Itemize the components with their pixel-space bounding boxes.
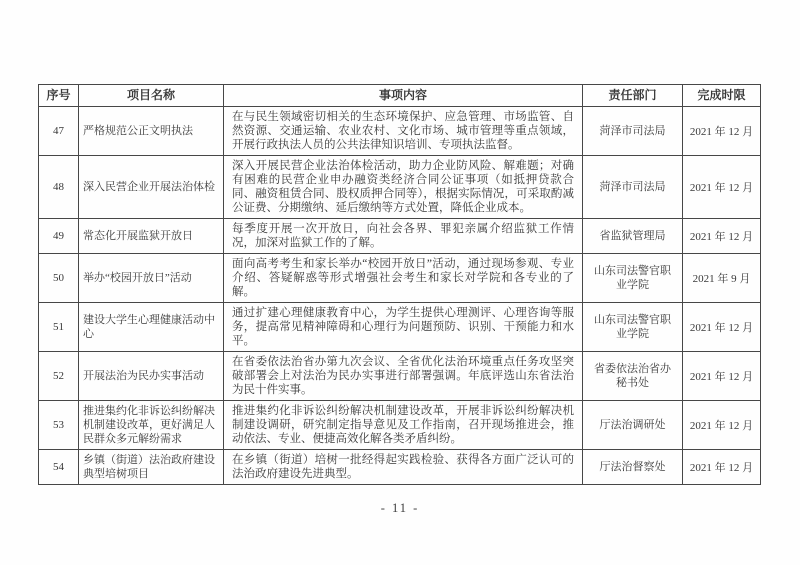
cell-item-content: 在与民生领域密切相关的生态环境保护、应急管理、市场监管、自然资源、交通运输、农业… <box>224 107 583 156</box>
cell-completion-deadline: 2021 年 12 月 <box>683 156 761 219</box>
cell-serial-number: 52 <box>39 352 79 401</box>
table-row: 53 推进集约化非诉讼纠纷解决机制建设改革，更好满足人民群众多元解纷需求 推进集… <box>39 401 761 450</box>
cell-project-name: 开展法治为民办实事活动 <box>79 352 224 401</box>
cell-responsible-department: 省监狱管理局 <box>583 219 683 254</box>
cell-responsible-department: 厅法治调研处 <box>583 401 683 450</box>
table-row: 54 乡镇（街道）法治政府建设典型培树项目 在乡镇（街道）培树一批经得起实践检验… <box>39 450 761 485</box>
cell-completion-deadline: 2021 年 12 月 <box>683 450 761 485</box>
page-number: - 11 - <box>0 501 800 516</box>
cell-responsible-department: 山东司法警官职业学院 <box>583 254 683 303</box>
table-row: 49 常态化开展监狱开放日 每季度开展一次开放日，向社会各界、罪犯亲属介绍监狱工… <box>39 219 761 254</box>
cell-responsible-department: 山东司法警官职业学院 <box>583 303 683 352</box>
header-responsible-department: 责任部门 <box>583 85 683 107</box>
cell-project-name: 深入民营企业开展法治体检 <box>79 156 224 219</box>
cell-project-name: 举办“校园开放日”活动 <box>79 254 224 303</box>
cell-serial-number: 48 <box>39 156 79 219</box>
cell-responsible-department: 菏泽市司法局 <box>583 156 683 219</box>
cell-completion-deadline: 2021 年 12 月 <box>683 303 761 352</box>
cell-project-name: 严格规范公正文明执法 <box>79 107 224 156</box>
cell-responsible-department: 厅法治督察处 <box>583 450 683 485</box>
document-page: 序号 项目名称 事项内容 责任部门 完成时限 47 严格规范公正文明执法 在与民… <box>0 0 800 565</box>
cell-item-content: 深入开展民营企业法治体检活动，助力企业防风险、解难题；对确有困难的民营企业申办融… <box>224 156 583 219</box>
table-row: 47 严格规范公正文明执法 在与民生领域密切相关的生态环境保护、应急管理、市场监… <box>39 107 761 156</box>
cell-completion-deadline: 2021 年 12 月 <box>683 219 761 254</box>
cell-project-name: 乡镇（街道）法治政府建设典型培树项目 <box>79 450 224 485</box>
cell-project-name: 建设大学生心理健康活动中心 <box>79 303 224 352</box>
projects-table: 序号 项目名称 事项内容 责任部门 完成时限 47 严格规范公正文明执法 在与民… <box>38 84 761 485</box>
cell-serial-number: 49 <box>39 219 79 254</box>
table-header-row: 序号 项目名称 事项内容 责任部门 完成时限 <box>39 85 761 107</box>
cell-item-content: 通过扩建心理健康教育中心，为学生提供心理测评、心理咨询等服务，提高常见精神障碍和… <box>224 303 583 352</box>
cell-item-content: 每季度开展一次开放日，向社会各界、罪犯亲属介绍监狱工作情况，加深对监狱工作的了解… <box>224 219 583 254</box>
header-project-name: 项目名称 <box>79 85 224 107</box>
cell-completion-deadline: 2021 年 12 月 <box>683 107 761 156</box>
table-row: 48 深入民营企业开展法治体检 深入开展民营企业法治体检活动，助力企业防风险、解… <box>39 156 761 219</box>
cell-completion-deadline: 2021 年 12 月 <box>683 352 761 401</box>
table-row: 50 举办“校园开放日”活动 面向高考考生和家长举办“校园开放日”活动，通过现场… <box>39 254 761 303</box>
cell-serial-number: 54 <box>39 450 79 485</box>
table-row: 51 建设大学生心理健康活动中心 通过扩建心理健康教育中心，为学生提供心理测评、… <box>39 303 761 352</box>
cell-item-content: 推进集约化非诉讼纠纷解决机制建设改革，开展非诉讼纠纷解决机制建设调研，研究制定指… <box>224 401 583 450</box>
cell-completion-deadline: 2021 年 9 月 <box>683 254 761 303</box>
cell-item-content: 在乡镇（街道）培树一批经得起实践检验、获得各方面广泛认可的法治政府建设先进典型。 <box>224 450 583 485</box>
header-completion-deadline: 完成时限 <box>683 85 761 107</box>
cell-responsible-department: 省委依法治省办秘书处 <box>583 352 683 401</box>
cell-project-name: 推进集约化非诉讼纠纷解决机制建设改革，更好满足人民群众多元解纷需求 <box>79 401 224 450</box>
header-serial-number: 序号 <box>39 85 79 107</box>
cell-serial-number: 50 <box>39 254 79 303</box>
table-row: 52 开展法治为民办实事活动 在省委依法治省办第九次会议、全省优化法治环境重点任… <box>39 352 761 401</box>
cell-item-content: 在省委依法治省办第九次会议、全省优化法治环境重点任务攻坚突破部署会上对法治为民办… <box>224 352 583 401</box>
cell-responsible-department: 菏泽市司法局 <box>583 107 683 156</box>
cell-completion-deadline: 2021 年 12 月 <box>683 401 761 450</box>
cell-project-name: 常态化开展监狱开放日 <box>79 219 224 254</box>
header-item-content: 事项内容 <box>224 85 583 107</box>
cell-serial-number: 51 <box>39 303 79 352</box>
cell-serial-number: 53 <box>39 401 79 450</box>
cell-item-content: 面向高考考生和家长举办“校园开放日”活动，通过现场参观、专业介绍、答疑解惑等形式… <box>224 254 583 303</box>
cell-serial-number: 47 <box>39 107 79 156</box>
